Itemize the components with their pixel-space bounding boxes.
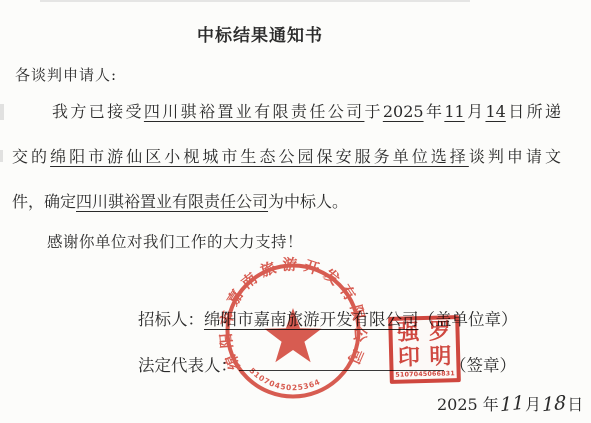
salutation: 各谈判申请人:	[15, 64, 117, 85]
name-seal-char: 罗	[424, 319, 456, 345]
document-title: 中标结果通知书	[197, 21, 323, 46]
name-seal-char: 印	[393, 346, 425, 372]
thanks-line: 感谢你单位对我们工作的大力支持！	[47, 230, 303, 252]
date-line: 2025 年11月18日	[437, 392, 583, 415]
name-seal-characters: 强 罗 印 明	[392, 319, 456, 372]
company-round-seal: 绵阳市嘉南旅游开发有限公司 5107045025364	[218, 256, 368, 406]
name-seal-char: 明	[424, 345, 456, 371]
name-seal-char: 强	[392, 320, 424, 346]
name-seal-code: 5107045066831	[394, 370, 457, 380]
bidder-label: 招标人：	[138, 310, 204, 329]
paragraph-line-2: 交的绵阳市游仙区小枧城市生态公园保安服务单位选择谈判申请文	[12, 147, 561, 167]
personal-name-seal: 强 罗 印 明 5107045066831	[388, 315, 461, 384]
scan-artifact-line	[40, 0, 470, 2]
star-icon	[264, 308, 321, 362]
scan-artifact-speck	[0, 104, 4, 120]
paragraph-line-3: 件，确定四川骐裕置业有限责任公司为中标人。	[12, 192, 348, 212]
bid-award-notice-document: 中标结果通知书 各谈判申请人: 我方已接受四川骐裕置业有限责任公司于2025年1…	[0, 0, 591, 423]
paragraph-line-1: 我方已接受四川骐裕置业有限责任公司于2025年11月14日所递	[52, 102, 561, 122]
scan-artifact-speck	[0, 150, 3, 162]
